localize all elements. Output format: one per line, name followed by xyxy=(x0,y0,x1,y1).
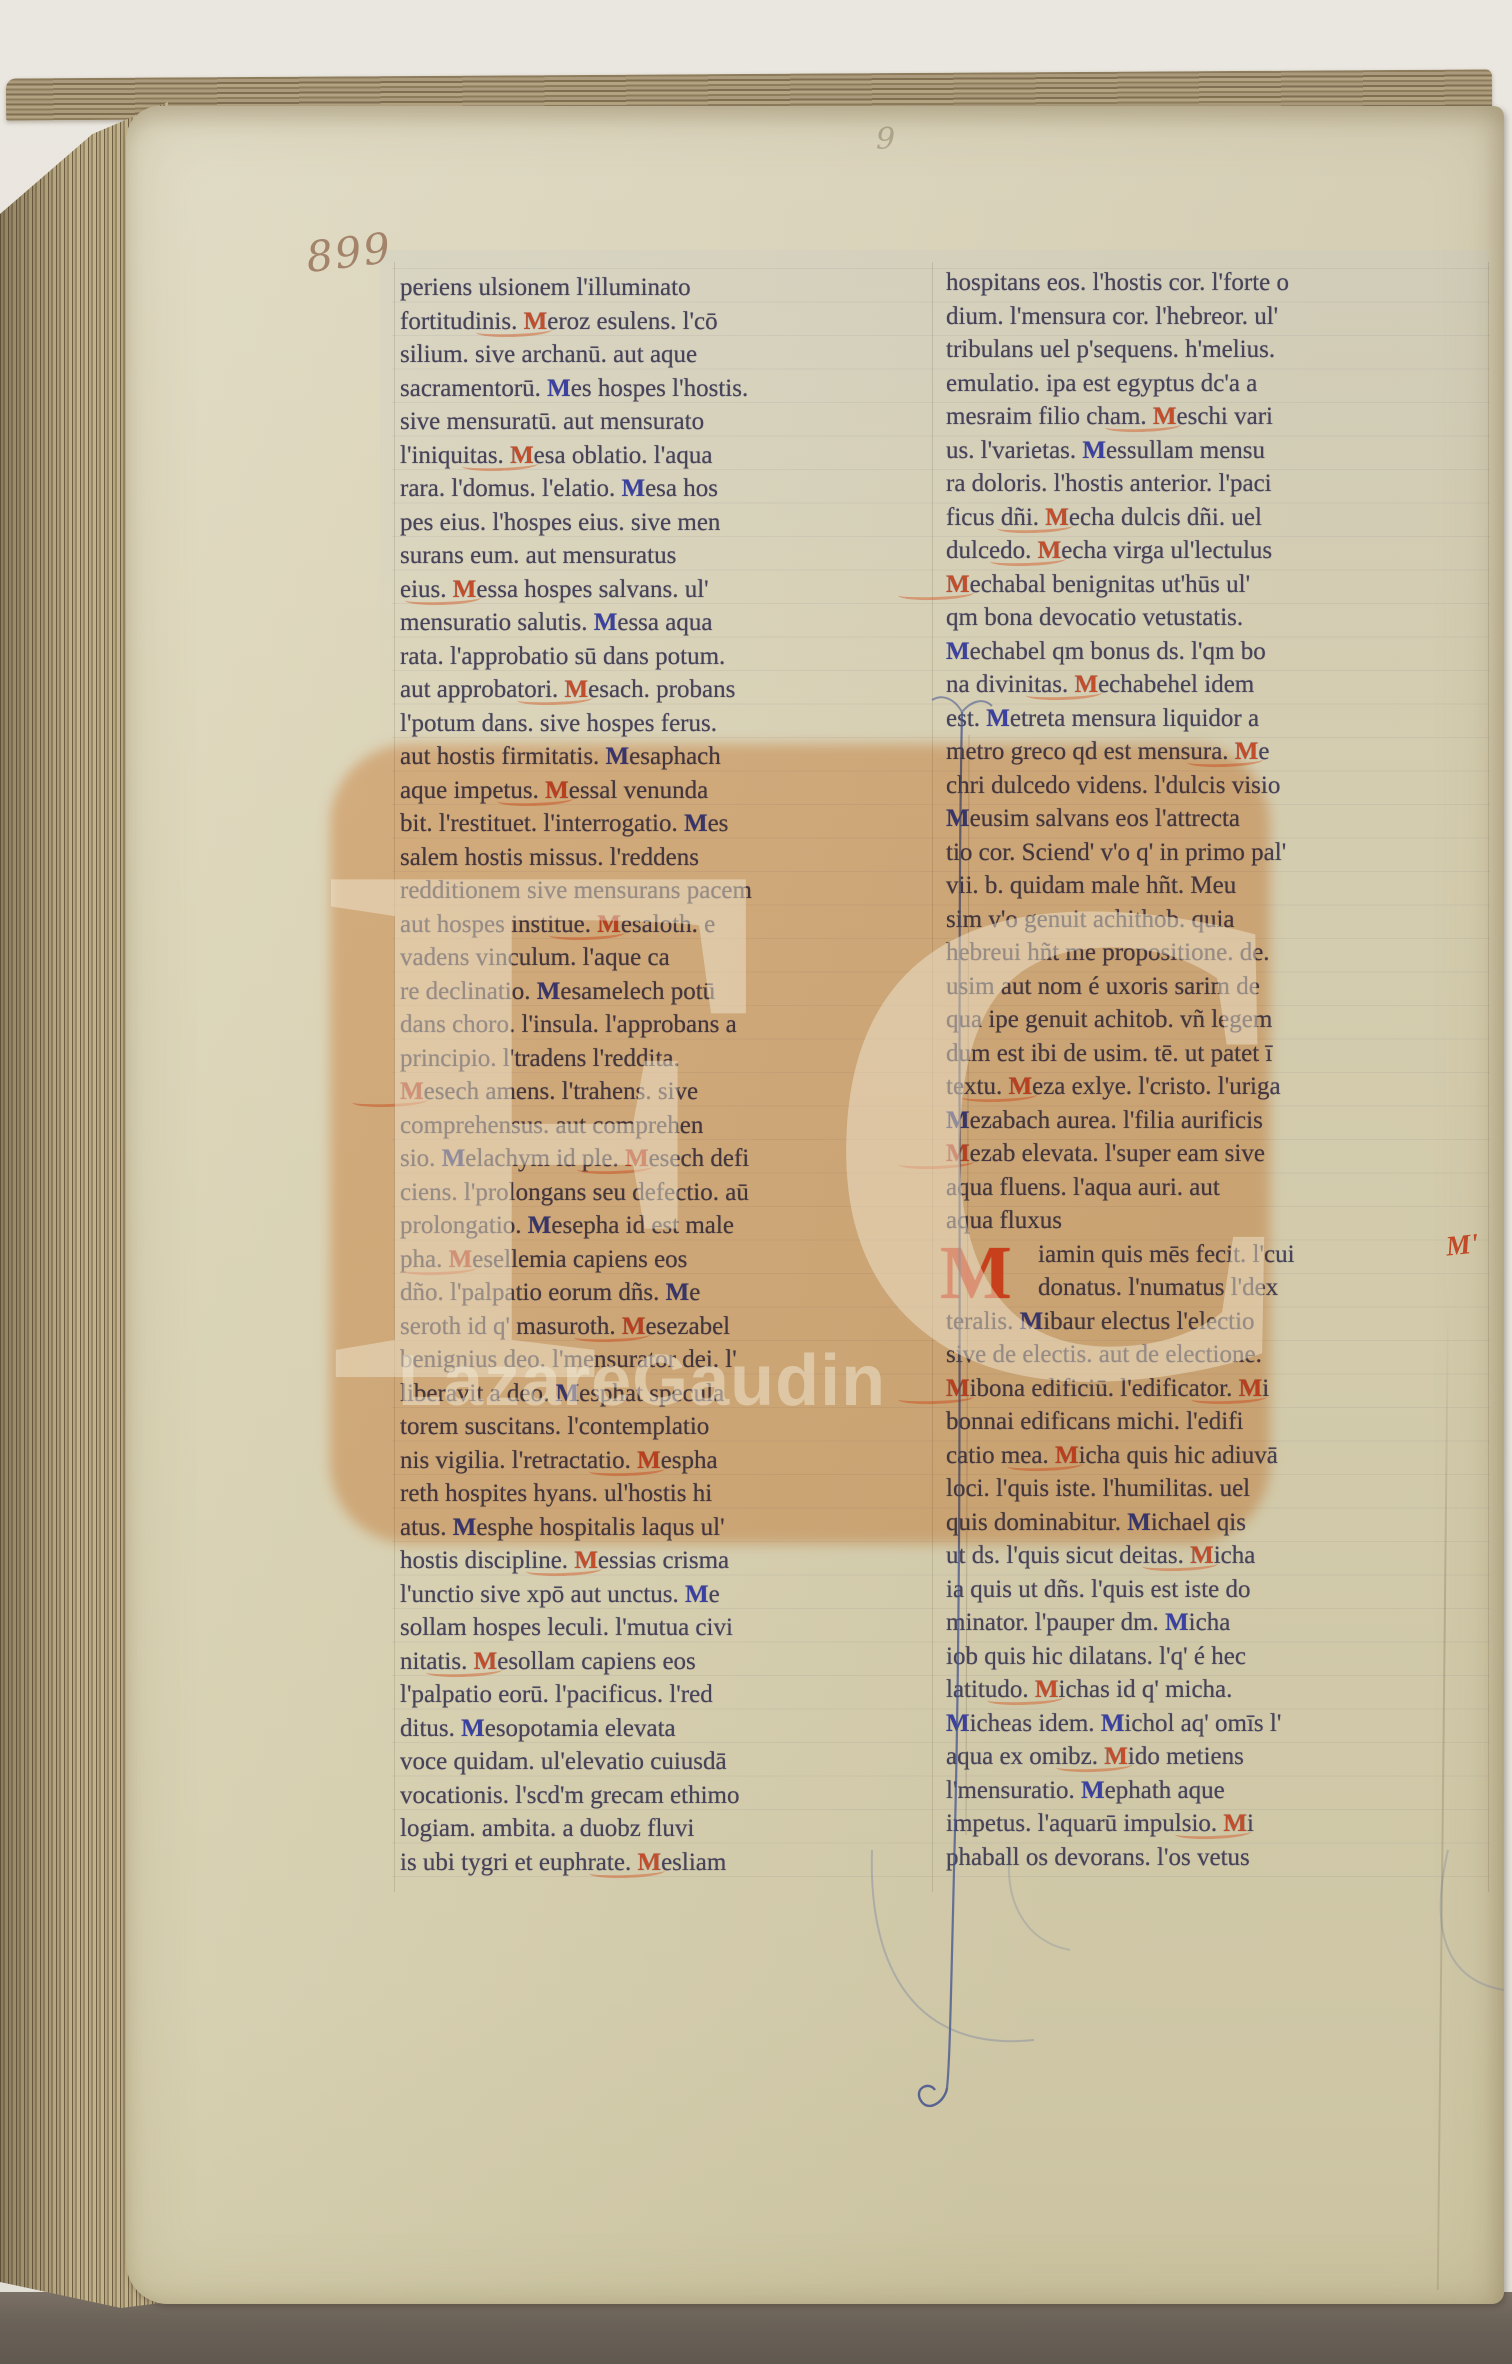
text-line: hostis discipline. Messias crisma xyxy=(400,1544,940,1578)
text-line: ra doloris. l'hostis anterior. l'paci xyxy=(946,467,1494,501)
text-line: Mechabel qm bonus ds. l'qm bo xyxy=(946,635,1494,669)
text-line: vadens vinculum. l'aque ca xyxy=(400,941,940,975)
text-line: salem hostis missus. l'reddens xyxy=(400,841,940,875)
text-line: atus. Mesphe hospitalis laqus ul' xyxy=(400,1511,940,1545)
text-line: principio. l'tradens l'reddita. xyxy=(400,1042,940,1076)
text-line: est. Metreta mensura liquidor a xyxy=(946,702,1494,736)
text-line: torem suscitans. l'contemplatio xyxy=(400,1410,940,1444)
text-line: prolongatio. Mesepha id est male xyxy=(400,1209,940,1243)
text-line: aut hospes institue. Mesaloth. e xyxy=(400,908,940,942)
text-line: periens ulsionem l'illuminato xyxy=(400,271,940,305)
text-line: us. l'varietas. Messullam mensu xyxy=(946,434,1494,468)
text-line: sive de electis. aut de electione. xyxy=(946,1338,1494,1372)
text-line: Meusim salvans eos l'attrecta xyxy=(946,802,1494,836)
text-line: mesraim filio cham. Meschi vari xyxy=(946,400,1494,434)
quire-mark: 9 xyxy=(876,122,895,157)
text-line: qua ipe genuit achitob. vñ legem xyxy=(946,1003,1494,1037)
text-line: Mechabal benignitas ut'hūs ul' xyxy=(946,568,1494,602)
text-line: quis dominabitur. Michael qis xyxy=(946,1506,1494,1540)
text-line: textu. Meza exlye. l'cristo. l'uriga xyxy=(946,1070,1494,1104)
text-line: minator. l'pauper dm. Micha xyxy=(946,1606,1494,1640)
text-line: pes eius. l'hospes eius. sive men xyxy=(400,506,940,540)
text-line: iob quis hic dilatans. l'q' é hec xyxy=(946,1640,1494,1674)
text-line: donatus. l'numatus l'dex xyxy=(946,1271,1494,1305)
text-line: redditionem sive mensurans pacem xyxy=(400,874,940,908)
text-line: aut approbatori. Mesach. probans xyxy=(400,673,940,707)
text-line: sio. Melachym id ple. Mesech defi xyxy=(400,1142,940,1176)
text-line: Mezab elevata. l'super eam sive xyxy=(946,1137,1494,1171)
text-line: dño. l'palpatio eorum dñs. Me xyxy=(400,1276,940,1310)
text-line: tio cor. Sciend' v'o q' in primo pal' xyxy=(946,836,1494,870)
text-line: catio mea. Micha quis hic adiuvā xyxy=(946,1439,1494,1473)
text-line: mensuratio salutis. Messa aqua xyxy=(400,606,940,640)
text-line: l'mensuratio. Mephath aque xyxy=(946,1774,1494,1808)
text-line: re declinatio. Mesamelech potū xyxy=(400,975,940,1009)
text-line: reth hospites hyans. ul'hostis hi xyxy=(400,1477,940,1511)
text-line: aqua ex omibz. Mido metiens xyxy=(946,1740,1494,1774)
text-line: benignius deo. l'mensurator dei. l' xyxy=(400,1343,940,1377)
text-line: bit. l'restituet. l'interrogatio. Mes xyxy=(400,807,940,841)
text-line: aque impetus. Messal venunda xyxy=(400,774,940,808)
text-line: Mezabach aurea. l'filia aurificis xyxy=(946,1104,1494,1138)
text-line: ficus dñi. Mecha dulcis dñi. uel xyxy=(946,501,1494,535)
text-line: Mesech amens. l'trahens. sive xyxy=(400,1075,940,1109)
text-line: phaball os devorans. l'os vetus xyxy=(946,1841,1494,1875)
text-line: seroth id q' masuroth. Mesezabel xyxy=(400,1310,940,1344)
text-line: dulcedo. Mecha virga ul'lectulus xyxy=(946,534,1494,568)
text-line: dum est ibi de usim. tē. ut patet ī xyxy=(946,1037,1494,1071)
text-line: Micheas idem. Michol aq' omīs l' xyxy=(946,1707,1494,1741)
text-line: emulatio. ipa est egyptus dc'a a xyxy=(946,367,1494,401)
text-line: pha. Mesellemia capiens eos xyxy=(400,1243,940,1277)
text-line: rata. l'approbatio sū dans potum. xyxy=(400,640,940,674)
text-line: vii. b. quidam male hñt. Meu xyxy=(946,869,1494,903)
large-initial: M xyxy=(940,1230,1012,1317)
text-line: fortitudinis. Meroz esulens. l'cō xyxy=(400,305,940,339)
text-line: sacramentorū. Mes hospes l'hostis. xyxy=(400,372,940,406)
text-line: teralis. Mibaur electus l'electio xyxy=(946,1305,1494,1339)
text-line: chri dulcedo videns. l'dulcis visio xyxy=(946,769,1494,803)
folio-number: 899 xyxy=(303,223,395,282)
text-line: rara. l'domus. l'elatio. Mesa hos xyxy=(400,472,940,506)
text-line: vocationis. l'scd'm grecam ethimo xyxy=(400,1779,940,1813)
text-line: ciens. l'prolongans seu defectio. aū xyxy=(400,1176,940,1210)
text-line: na divinitas. Mechabehel idem xyxy=(946,668,1494,702)
text-line: sim v'o genuit achithob. quia xyxy=(946,903,1494,937)
text-line: eius. Messa hospes salvans. ul' xyxy=(400,573,940,607)
text-line: hospitans eos. l'hostis cor. l'forte o xyxy=(946,266,1494,300)
text-line: bonnai edificans michi. l'edifi xyxy=(946,1405,1494,1439)
text-line: metro greco qd est mensura. Me xyxy=(946,735,1494,769)
text-line: logiam. ambita. a duobz fluvi xyxy=(400,1812,940,1846)
text-line: latitudo. Michas id q' micha. xyxy=(946,1673,1494,1707)
text-line: ia quis ut dñs. l'quis est iste do xyxy=(946,1573,1494,1607)
text-line: impetus. l'aquarū impulsio. Mi xyxy=(946,1807,1494,1841)
text-line: iamin quis mēs fecit. l'cui xyxy=(946,1238,1494,1272)
text-line: silium. sive archanū. aut aque xyxy=(400,338,940,372)
text-line: l'palpatio eorū. l'pacificus. l'red xyxy=(400,1678,940,1712)
text-line: dans choro. l'insula. l'approbans a xyxy=(400,1008,940,1042)
text-line: tribulans uel p'sequens. h'melius. xyxy=(946,333,1494,367)
text-line: aqua fluens. l'aqua auri. aut xyxy=(946,1171,1494,1205)
text-line: dium. l'mensura cor. l'hebreor. ul' xyxy=(946,300,1494,334)
text-line: hebreui hñt me propositione. de. xyxy=(946,936,1494,970)
text-line: loci. l'quis iste. l'humilitas. uel xyxy=(946,1472,1494,1506)
text-line: sive mensuratū. aut mensurato xyxy=(400,405,940,439)
text-line: Mibona edificiū. l'edificator. Mi xyxy=(946,1372,1494,1406)
text-line: aqua fluxus xyxy=(946,1204,1494,1238)
text-line: comprehensus. aut comprehen xyxy=(400,1109,940,1143)
text-line: nis vigilia. l'retractatio. Mespha xyxy=(400,1444,940,1478)
text-line: nitatis. Mesollam capiens eos xyxy=(400,1645,940,1679)
text-line: voce quidam. ul'elevatio cuiusdā xyxy=(400,1745,940,1779)
text-line: ditus. Mesopotamia elevata xyxy=(400,1712,940,1746)
text-line: ut ds. l'quis sicut deitas. Micha xyxy=(946,1539,1494,1573)
text-line: is ubi tygri et euphrate. Mesliam xyxy=(400,1846,940,1880)
text-column-left: periens ulsionem l'illuminatofortitudini… xyxy=(400,271,940,1879)
text-line: usim aut nom é uxoris sarim de xyxy=(946,970,1494,1004)
text-line: sollam hospes leculi. l'mutua civi xyxy=(400,1611,940,1645)
manuscript-photo: 899 9 periens ulsionem l'illuminatoforti… xyxy=(0,0,1512,2364)
text-line: l'unctio sive xpō aut unctus. Me xyxy=(400,1578,940,1612)
text-line: liberavit a deo. Mesphat specula xyxy=(400,1377,940,1411)
text-line: surans eum. aut mensuratus xyxy=(400,539,940,573)
ruling-vertical-left xyxy=(394,262,395,1892)
text-line: qm bona devocatio vetustatis. xyxy=(946,601,1494,635)
text-line: l'iniquitas. Mesa oblatio. l'aqua xyxy=(400,439,940,473)
text-line: l'potum dans. sive hospes ferus. xyxy=(400,707,940,741)
text-column-right: hospitans eos. l'hostis cor. l'forte odi… xyxy=(946,266,1494,1874)
marginal-annotation: M' xyxy=(1444,1228,1480,1263)
text-line: aut hostis firmitatis. Mesaphach xyxy=(400,740,940,774)
